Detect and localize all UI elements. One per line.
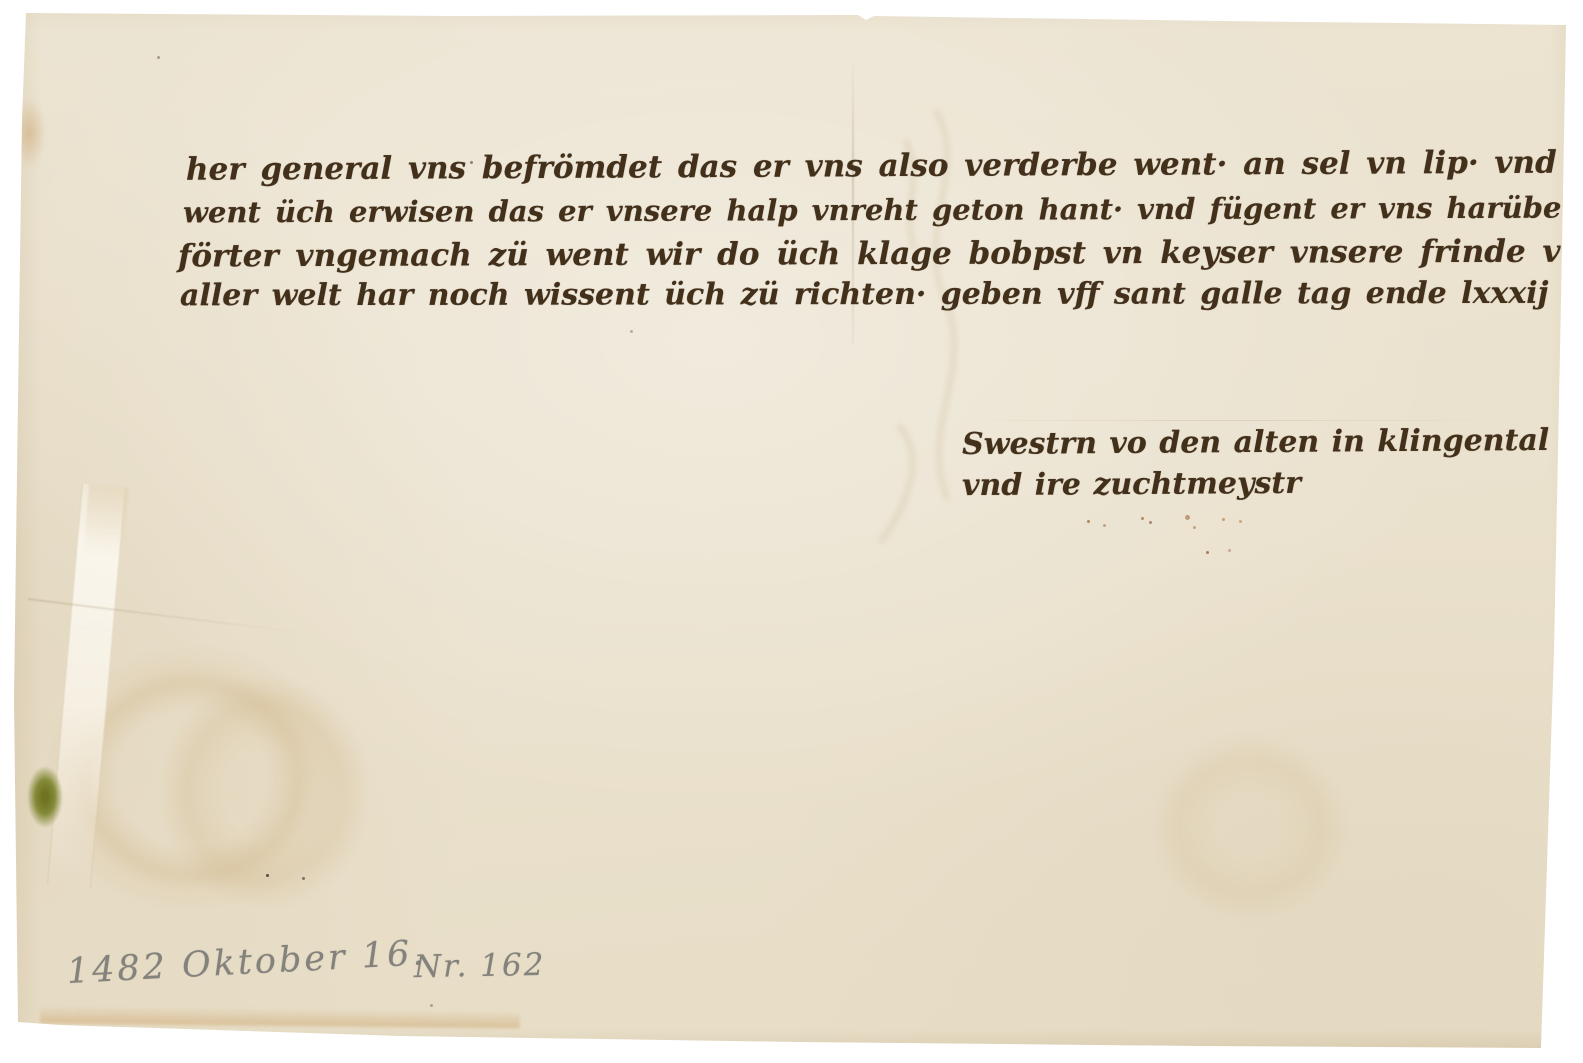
archival-number-annotation: Nr. 162 <box>414 947 546 985</box>
letter-body-line: aller welt har noch wissent üch zü richt… <box>180 276 1583 314</box>
edge-stain-left <box>12 98 46 168</box>
signature-line: vnd ire zuchtmeystr <box>962 466 1301 503</box>
paper-repair-strip-top <box>83 484 129 559</box>
signature-line: Swestrn vo den alten in klingental <box>962 423 1549 462</box>
manuscript-paper: her general vns befrömdet das er vns als… <box>0 0 1583 1063</box>
faint-stain-bottom-right <box>1150 735 1350 920</box>
fold-crease-right <box>948 420 1508 421</box>
green-moss-spot <box>27 766 63 828</box>
letter-body-line: went üch erwisen das er vnsere halp vnre… <box>183 191 1577 230</box>
letter-body-line: her general vns befrömdet das er vns als… <box>186 144 1583 188</box>
bottom-edge-discoloration <box>40 1005 520 1028</box>
letter-body-line: förter vngemach zü went wir do üch klage… <box>178 234 1583 275</box>
photo-background: her general vns befrömdet das er vns als… <box>0 0 1583 1063</box>
archival-date-annotation: 1482 Oktober 16. <box>66 933 427 992</box>
dirt-specks <box>0 0 3 3</box>
water-stain-inner <box>160 675 370 910</box>
